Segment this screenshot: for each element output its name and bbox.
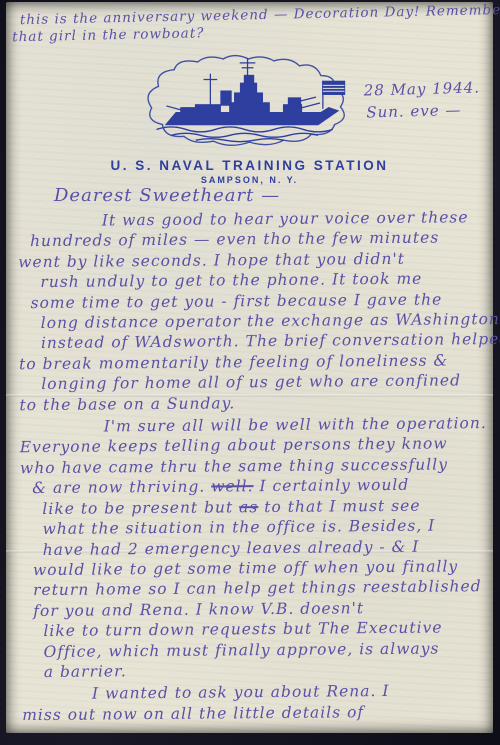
station-name: U. S. NAVAL TRAINING STATION bbox=[6, 158, 493, 173]
body-line: longing for home all of us get who are c… bbox=[41, 370, 500, 395]
date-text: 28 May 1944. bbox=[363, 76, 480, 101]
body-line: miss out now on all the little details o… bbox=[22, 701, 500, 726]
body-line: return home so I can help get things ree… bbox=[33, 576, 500, 601]
body-line: what the situation in the office is. Bes… bbox=[42, 515, 500, 540]
body-line: It was good to hear your voice over thes… bbox=[102, 207, 500, 231]
struck-word: as bbox=[239, 498, 258, 516]
struck-word: well. bbox=[211, 477, 253, 495]
body-line: to the base on a Sunday. bbox=[19, 391, 500, 416]
day-text: Sun. eve — bbox=[366, 98, 481, 123]
body-line: a barrier. bbox=[44, 658, 500, 683]
top-margin-annotation: this is the anniversary weekend — Decora… bbox=[20, 2, 500, 46]
letter-paper: this is the anniversary weekend — Decora… bbox=[6, 2, 493, 733]
station-location: SAMPSON, N. Y. bbox=[6, 175, 493, 185]
letter-body: It was good to hear your voice over thes… bbox=[30, 207, 500, 725]
line-text: to that I must see bbox=[258, 496, 420, 515]
body-line: Office, which must finally approve, is a… bbox=[44, 637, 500, 662]
battleship-illustration-icon bbox=[137, 54, 362, 156]
dateline: 28 May 1944. Sun. eve — bbox=[363, 76, 480, 123]
body-line: hundreds of miles — even tho the few min… bbox=[30, 227, 500, 252]
line-text: I certainly would bbox=[253, 476, 409, 495]
line-text: & are now thriving. bbox=[32, 478, 211, 498]
salutation: Dearest Sweetheart — bbox=[54, 185, 280, 206]
line-text: like to be present but bbox=[42, 498, 239, 518]
scanned-letter-page: { "annotation": { "line1": "this is the … bbox=[0, 0, 500, 745]
